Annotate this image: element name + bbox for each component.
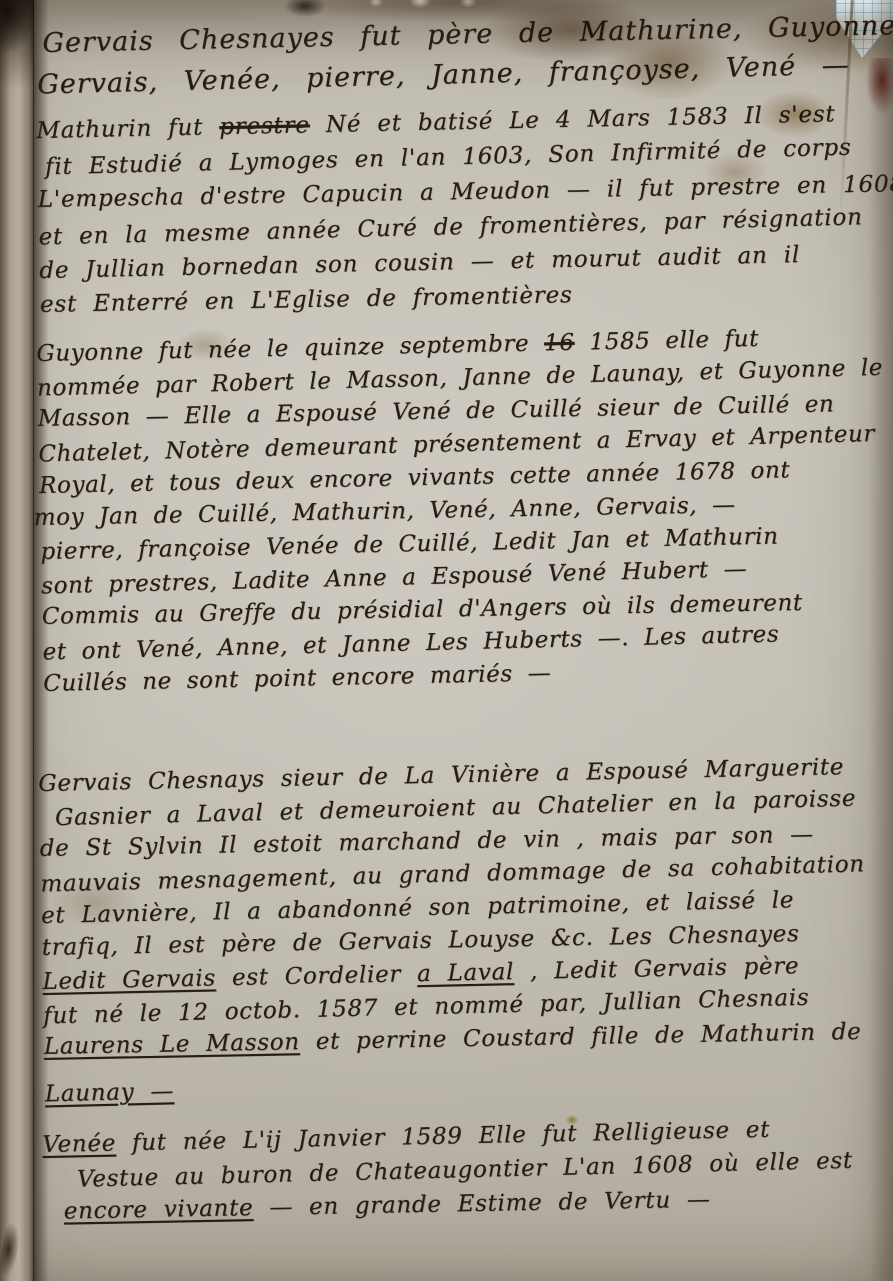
paragraph-heading-children-list: Gervais Chesnayes fut père de Mathurine,… xyxy=(42,7,843,104)
underlined-text: encore vivante xyxy=(64,1195,254,1224)
underlined-text: Laurens Le Masson xyxy=(44,1029,300,1060)
underlined-text: Ledit Gervais xyxy=(42,965,216,995)
manuscript-photo: Gervais Chesnayes fut père de Mathurine,… xyxy=(0,0,893,1281)
underlined-text: Launay — xyxy=(45,1078,175,1107)
dark-top-left-corner xyxy=(0,0,34,52)
book-binding-edge xyxy=(0,0,34,1281)
paragraph-guyonne: Guyonne fut née le quinze septembre 16 1… xyxy=(36,320,883,701)
paragraph-gervais: Gervais Chesnays sieur de La Vinière a E… xyxy=(38,750,885,1110)
handwritten-text: — en grande Estime de Vertu — xyxy=(253,1187,711,1221)
handwritten-text: Mathurin fut xyxy=(36,114,219,144)
underlined-text: a Laval xyxy=(417,959,515,987)
handwritten-text: 1585 elle fut xyxy=(574,326,759,356)
handwritten-text: et perrine Coustard fille de Mathurin de xyxy=(300,1019,862,1055)
handwritten-text: est Cordelier xyxy=(216,961,418,991)
paragraph-mathurin: Mathurin fut prestre Né et batisé Le 4 M… xyxy=(36,97,870,324)
underlined-text: Venée xyxy=(42,1130,116,1158)
handwritten-text: est Enterré en L'Eglise de fromentières xyxy=(40,282,573,318)
manuscript-line: Launay — xyxy=(44,1058,885,1112)
paragraph-venee: Venée fut née L'ij Janvier 1589 Elle fut… xyxy=(42,1111,864,1230)
struck-text: 16 xyxy=(544,330,575,357)
handwritten-text: , Ledit Gervais père xyxy=(514,953,800,985)
struck-text: prestre xyxy=(219,112,310,140)
